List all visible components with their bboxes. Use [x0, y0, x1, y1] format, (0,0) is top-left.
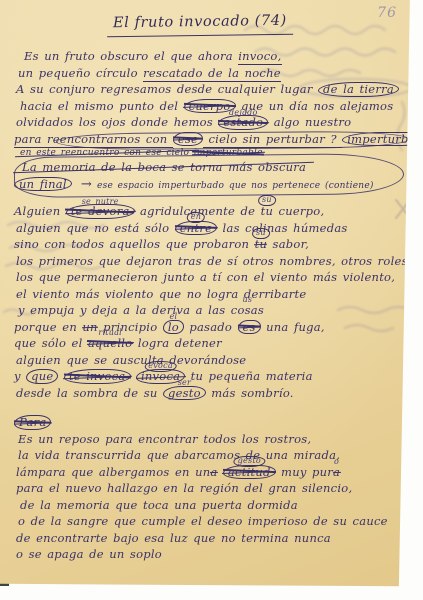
- inserted-word: o: [334, 458, 339, 467]
- inserted-word: ser: [178, 379, 191, 388]
- poem-line: porque en un principio loel pasado es un…: [14, 319, 395, 336]
- poem-segment: un final: [14, 177, 72, 192]
- poem-segment: tusu: [255, 237, 268, 251]
- poem-segment: que un día nos alejamos: [236, 99, 394, 113]
- poem-line: de la memoria que toca una puerta dormid…: [20, 497, 395, 514]
- poem-line: alguien que no está sólo entreen las col…: [16, 220, 395, 237]
- poem-segment: para reencontrarnos con: [14, 132, 173, 148]
- poem-line: en este reencuentro con ese cielo impert…: [20, 147, 395, 159]
- photo-background: 76 El fruto invocado (74) Es un fruto ob…: [0, 0, 423, 600]
- poem-segment: algo nuestro: [268, 115, 351, 129]
- poem-segment: [58, 369, 63, 383]
- poem-segment: ese: [173, 132, 203, 147]
- poem-line: los primeros que dejaron tras de sí otro…: [16, 253, 395, 270]
- poem-segment: los primeros que dejaron tras de sí otro…: [16, 254, 412, 268]
- poem-segment: ao: [333, 465, 340, 479]
- poem-line: hacia el mismo punto del cuerpo que un d…: [20, 98, 395, 115]
- poem-segment: en este reencuentro con ese cielo: [20, 148, 194, 158]
- poem-line: desde la sombra de su gestoser más sombr…: [16, 385, 395, 402]
- poem-line: sino con todos aquellos que probaron tus…: [14, 236, 395, 253]
- poem-segment: pasado: [184, 320, 238, 334]
- poem-segment: de la memoria que toca una puerta dormid…: [20, 498, 298, 512]
- poem-segment: gestoser: [163, 386, 206, 401]
- poem-segment: y: [14, 369, 26, 383]
- poem-segment: imperturbable: [194, 148, 263, 158]
- poem-segment: loel: [163, 320, 184, 335]
- poem-line: y empuja y deja a la deriva a las cosasu…: [18, 302, 395, 319]
- poem-line: La memoria de la boca se torna más obscu…: [22, 159, 395, 176]
- poem-segment: hacia el mismo punto del: [20, 99, 184, 113]
- poem-segment: Es un reposo para encontrar todos los ro…: [18, 432, 311, 446]
- title-row: El fruto invocado (74): [0, 11, 400, 36]
- poem-segment: los que permanecieron junto a tí con el …: [16, 270, 395, 284]
- poem-line: olvidados los ojos donde hemos estadodej…: [16, 114, 395, 131]
- poem-segment: el viento más violento que no logra derr…: [16, 287, 306, 301]
- poem-segment: te devorase nutre: [66, 204, 135, 219]
- poem-line: Es un reposo para encontrar todos los ro…: [18, 431, 395, 448]
- poem-line: un final→ese espacio imperturbado que no…: [14, 176, 395, 195]
- poem-segment: sino con todos aquellos que probaron: [14, 237, 255, 251]
- inserted-word: dejado: [229, 109, 258, 118]
- poem-segment: cuerpo,: [273, 204, 324, 218]
- poem-segment: te invoca: [64, 369, 131, 384]
- poem-segment: es: [238, 320, 261, 335]
- poem-segment: tusu: [261, 204, 274, 218]
- poem-segment: o se apaga de un soplo: [16, 547, 162, 561]
- poem-segment: o de la sangre que cumple el deseo imper…: [18, 514, 388, 528]
- page-title: El fruto invocado (74): [107, 12, 293, 37]
- poem-segment: para el nuevo hallazgo en la región del …: [16, 481, 352, 495]
- poem-segment: estadodejado: [218, 115, 268, 130]
- poem-line: de encontrarte bajo esa luz que no termi…: [16, 530, 395, 547]
- poem-line: o de la sangre que cumple el deseo imper…: [18, 513, 395, 530]
- poem-segment: cuerpo: [184, 99, 236, 114]
- poem-segment: sin perturbar ?: [243, 132, 343, 148]
- stanza: Es un fruto obscuro el que ahora invoco,…: [14, 48, 395, 194]
- poem-line: Para: [14, 414, 395, 431]
- poem-line: un pequeño círculo rescatado de la noche: [18, 65, 395, 82]
- poem-segment: que sólo el: [14, 336, 88, 350]
- poem-segment: que: [26, 369, 58, 384]
- arrow-icon: →: [81, 177, 92, 192]
- poem-line: A su conjuro regresamos desde cualquier …: [16, 81, 395, 98]
- poem-segment: cielo: [203, 132, 243, 148]
- poem-segment: a: [210, 465, 217, 479]
- inserted-word: el: [169, 313, 177, 322]
- poem-segment: invoco,: [238, 49, 281, 65]
- poem-segment: cosasus: [231, 303, 264, 317]
- poem-segment: porque en: [14, 320, 82, 334]
- poem-segment: olvidados los ojos donde hemos: [16, 115, 218, 129]
- inserted-word: us: [243, 296, 253, 305]
- poem-segment: una fuga,: [261, 320, 325, 334]
- inserted-word: gesto: [234, 456, 265, 467]
- poem-segment: A su conjuro regresamos desde cualquier …: [16, 82, 318, 96]
- inserted-word: en: [187, 212, 205, 223]
- poem-segment: logra detener: [132, 336, 221, 350]
- inserted-word: evoca: [144, 361, 177, 372]
- poem-segment: muy pur: [276, 465, 333, 479]
- poem-line: Es un fruto obscuro el que ahora invoco,: [24, 48, 395, 65]
- poem-line: para reencontrarnos con ese cielo sin pe…: [14, 131, 395, 148]
- manuscript-paper: 76 El fruto invocado (74) Es un fruto ob…: [0, 0, 423, 600]
- poem-line: el viento más violento que no logra derr…: [16, 286, 395, 303]
- poem-segment: las colinas húmedas: [217, 221, 347, 235]
- poem-segment: más sombrío.: [206, 386, 294, 400]
- poem-segment: Alguien: [14, 204, 66, 218]
- poem-segment: de encontrarte bajo esa luz que no termi…: [16, 531, 331, 545]
- poem-segment: lámpara que albergamos en un: [16, 465, 210, 479]
- poem-segment: sabor,: [267, 237, 309, 251]
- inserted-word: se nutre: [82, 198, 119, 207]
- poem-segment: imperturbado: [342, 132, 423, 147]
- poem-segment: entreen: [175, 221, 217, 236]
- poem-segment: tu pequeña materia: [185, 369, 312, 383]
- poem-segment: ese espacio imperturbado que nos pertene…: [97, 181, 374, 191]
- inserted-word: ritual: [98, 329, 122, 338]
- poem-segment: la vida transcurrida que abarcamos de un…: [18, 448, 340, 462]
- poem-segment: alguien que no está sólo: [16, 221, 175, 235]
- poem: Es un fruto obscuro el que ahora invoco,…: [14, 48, 395, 563]
- poem-segment: rescatado de la noche: [143, 66, 281, 82]
- poem-line: y que te invoca invocaevoca tu pequeña m…: [14, 368, 395, 385]
- poem-segment: un pequeño círculo: [18, 66, 143, 80]
- poem-segment: un: [82, 320, 97, 334]
- poem-line: los que permanecieron junto a tí con el …: [16, 269, 395, 286]
- poem-line: para el nuevo hallazgo en la región del …: [16, 480, 395, 497]
- poem-line: que sólo el aquelloritual logra detener: [14, 335, 395, 352]
- poem-line: o se apaga de un soplo: [16, 546, 395, 563]
- poem-segment: Es un fruto obscuro el que ahora: [24, 49, 238, 63]
- poem-segment: La memoria de la boca se torna más obscu…: [22, 160, 306, 174]
- poem-segment: aquelloritual: [88, 336, 132, 350]
- poem-segment: alguien que se ausculta devorándose: [16, 353, 246, 367]
- poem-segment: y empuja y deja a la deriva a las: [18, 303, 231, 317]
- stanza: Alguien te devorase nutre agridulcemente…: [14, 203, 395, 401]
- poem-segment: de la tierra: [318, 82, 399, 97]
- poem-segment: actitudgesto: [223, 465, 276, 480]
- poem-line: alguien que se ausculta devorándose: [16, 352, 395, 369]
- poem-segment: Para: [14, 415, 51, 430]
- stanza: ParaEs un reposo para encontrar todos lo…: [14, 414, 395, 563]
- poem-line: lámpara que albergamos en una actitudges…: [16, 464, 395, 481]
- manuscript-photo: { "page": { "number": "76", "title": "El…: [0, 0, 423, 600]
- poem-segment: desde la sombra de su: [16, 386, 163, 400]
